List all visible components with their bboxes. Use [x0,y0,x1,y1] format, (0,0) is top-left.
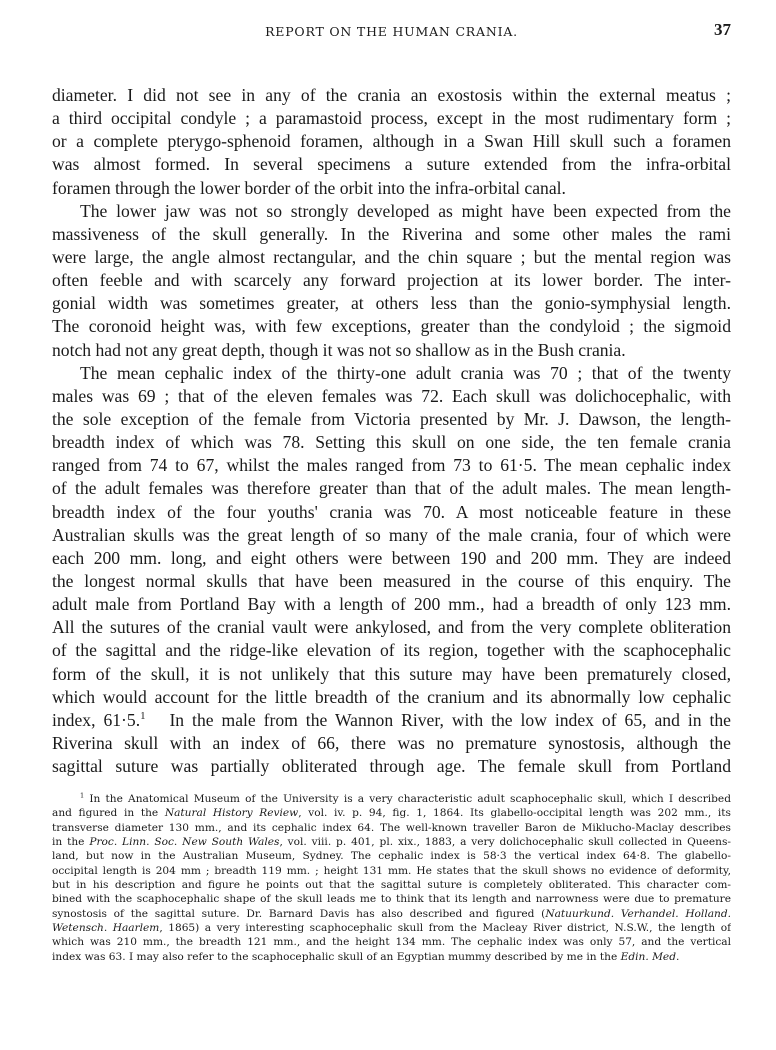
journal-title: Proc. Linn. Soc. New South Wales [89,836,279,848]
footnote-line: and figured in the Natural History Revie… [52,806,731,820]
body-line: a third occipital condyle ; a paramastoi… [52,107,731,130]
body-line: The lower jaw was not so strongly develo… [52,200,731,223]
footnote-text: and figured in the [52,807,165,819]
body-line: notch had not any great depth, though it… [52,339,731,362]
journal-title: Natural History Review [165,807,298,819]
footnote-line: synostosis of the sagittal suture. Dr. B… [52,907,731,921]
body-line: sagittal suture was partially obliterate… [52,755,731,778]
footnote-text: In the Anatomical Museum of the Universi… [89,793,731,805]
journal-title: Natuurkund. Verhandel. Holland. [545,908,731,920]
footnote-text: index was 63. I may also refer to the sc… [52,951,621,963]
footnote-marker: 1 [80,792,84,799]
footnote-line: Wetensch. Haarlem, 1865) a very interest… [52,921,731,935]
journal-title: Wetensch. Haarlem [52,922,159,934]
body-line: All the sutures of the cranial vault wer… [52,616,731,639]
body-line: massiveness of the skull generally. In t… [52,223,731,246]
body-line: adult male from Portland Bay with a leng… [52,593,731,616]
body-line: Riverina skull with an index of 66, ther… [52,732,731,755]
body-line: often feeble and with scarcely any forwa… [52,269,731,292]
body-line: of the sagittal and the ridge-like eleva… [52,639,731,662]
body-line: of the adult females was therefore great… [52,477,731,500]
footnote-line: index was 63. I may also refer to the sc… [52,950,731,964]
body-line: each 200 mm. long, and eight others were… [52,547,731,570]
footnote-line: which was 210 mm., the breadth 121 mm., … [52,935,731,949]
body-line: ranged from 74 to 67, whilst the males r… [52,454,731,477]
body-line: breadth index of the four youths' crania… [52,501,731,524]
page-header: REPORT ON THE HUMAN CRANIA. 37 [52,20,731,44]
footnote-line: transverse diameter 130 mm., and its cep… [52,821,731,835]
body-text: diameter. I did not see in any of the cr… [52,84,731,778]
body-line: breadth index of which was 78. Setting t… [52,431,731,454]
body-line-text: index, 61·5. [52,710,140,730]
body-line: Australian skulls was the great length o… [52,524,731,547]
footnote-line: in the Proc. Linn. Soc. New South Wales,… [52,835,731,849]
footnote-text: synostosis of the sagittal suture. Dr. B… [52,908,545,920]
footnote-line: bined with the scaphocephalic shape of t… [52,892,731,906]
body-line: index, 61·5.1 In the male from the Wanno… [52,709,731,732]
footnote-text: , 1865) a very interesting scaphocephali… [159,922,731,934]
body-line: foramen through the lower border of the … [52,177,731,200]
body-line: were large, the angle almost rectangular… [52,246,731,269]
footnote-line: but in his description and figure he poi… [52,878,731,892]
body-line: the longest normal skulls that have been… [52,570,731,593]
body-line: diameter. I did not see in any of the cr… [52,84,731,107]
body-line: the sole exception of the female from Vi… [52,408,731,431]
footnotes: 1 In the Anatomical Museum of the Univer… [52,792,731,964]
running-title: REPORT ON THE HUMAN CRANIA. [52,24,731,39]
footnote-text: , vol. iv. p. 94, fig. 1, 1864. Its glab… [298,807,731,819]
body-line-text: In the male from the Wannon River, with … [169,710,731,730]
body-line: The coronoid height was, with few except… [52,315,731,338]
body-line: form of the skull, it is not unlikely th… [52,663,731,686]
footnote-text: in the [52,836,89,848]
body-line: The mean cephalic index of the thirty-on… [52,362,731,385]
body-line: gonial width was sometimes greater, at o… [52,292,731,315]
body-line: or a complete pterygo-sphenoid foramen, … [52,130,731,153]
body-line: which would account for the little bread… [52,686,731,709]
body-line: was almost formed. In several specimens … [52,153,731,176]
footnote-line: occipital length is 204 mm ; breadth 119… [52,864,731,878]
footnote-text: , vol. viii. p. 401, pl. xix., 1883, a v… [279,836,731,848]
journal-title: Edin. Med. [621,951,680,963]
body-line: males was 69 ; that of the eleven female… [52,385,731,408]
footnote-reference[interactable]: 1 [140,710,145,722]
footnote-line: 1 In the Anatomical Museum of the Univer… [52,792,731,806]
document-page: REPORT ON THE HUMAN CRANIA. 37 diameter.… [0,0,776,1050]
footnote-line: land, but now in the Australian Museum, … [52,849,731,863]
page-number: 37 [714,20,731,40]
